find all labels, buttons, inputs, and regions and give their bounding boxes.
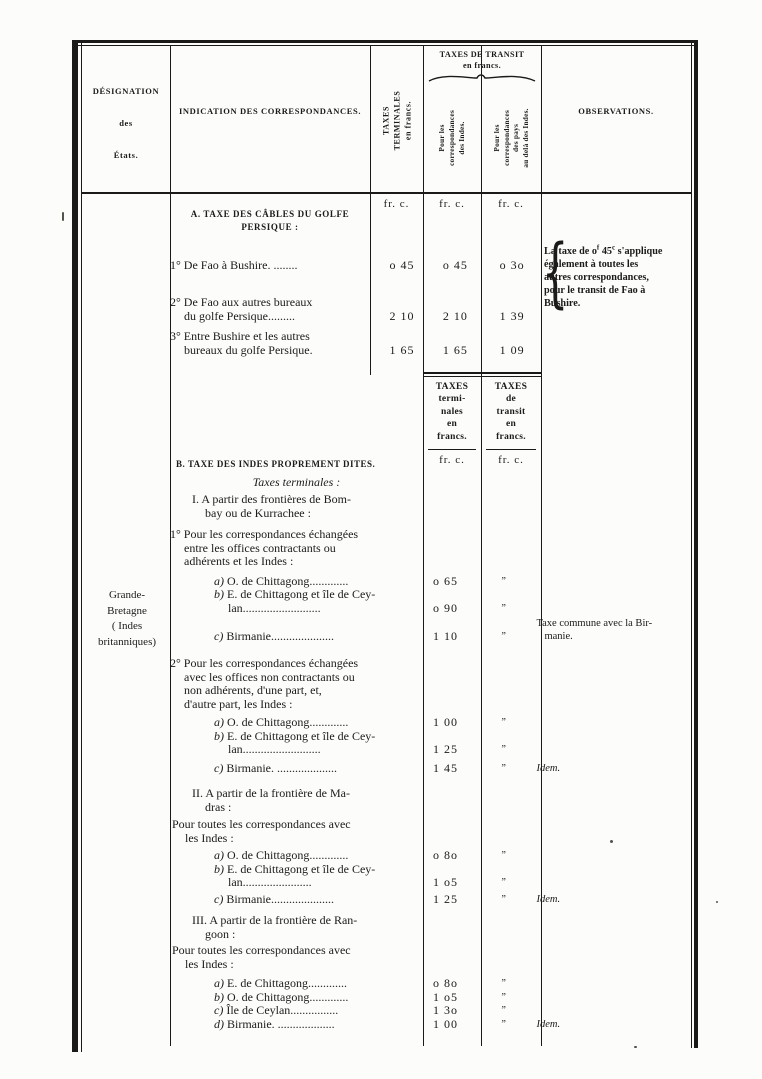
paragraph-I: I. A partir des frontières de Bom- bay o… [192, 493, 458, 520]
table-row-I1b: b) E. de Chittagong et île de Cey- lan..… [170, 588, 691, 615]
rule-subheader-unit2 [486, 449, 536, 450]
table-row-bushire-autres-bureaux: 3° Entre Bushire et les autres bureaux d… [170, 330, 541, 357]
paragraph-pour-toutes-III: Pour toutes les correspondances avec les… [172, 944, 438, 971]
column-header-designation: DÉSIGNATION des États. [82, 75, 170, 171]
border-left-thick [72, 40, 78, 1052]
table-row-fao-bushire: 1° De Fao à Bushire. ........ o 45 o 45 … [170, 259, 541, 273]
scan-speck [716, 901, 718, 903]
tariff-table: DÉSIGNATION des États. INDICATION DES CO… [72, 40, 698, 1054]
column-header-observations: OBSERVATIONS. [541, 106, 691, 116]
subheader-taxes-transit: TAXES de transit en francs. [481, 381, 541, 443]
section-b-title: B. TAXE DES INDES PROPREMENT DITES. [176, 458, 429, 472]
rule-subheader-unit1 [428, 449, 476, 450]
table-row-I2c: c) Birmanie. .................... 1 45 ”… [170, 762, 691, 776]
unit-terminales: fr. c. [370, 198, 423, 210]
table-row-I1c: c) Birmanie..................... 1 10 ” … [170, 618, 691, 643]
border-right-thick [694, 40, 698, 1048]
table-row-I2b: b) E. de Chittagong et île de Cey- lan..… [170, 730, 691, 757]
table-row-II-b: b) E. de Chittagong et île de Cey- lan..… [170, 863, 691, 890]
scan-speck [634, 1046, 637, 1048]
observation-brace: { [542, 234, 569, 310]
rule-subheader-top-b [423, 376, 541, 377]
transit-group-brace [427, 71, 537, 83]
border-top-thick [72, 40, 698, 43]
section-b: B. TAXE DES INDES PROPREMENT DITES. Taxe… [170, 458, 691, 1031]
section-b-title-row: B. TAXE DES INDES PROPREMENT DITES. [170, 458, 691, 472]
column-header-indication: INDICATION DES CORRESPONDANCES. [170, 106, 370, 116]
subheader-taxes-terminales: TAXES termi- nales en francs. [423, 381, 481, 443]
column-header-transit-indes: Pour les correspondances des Indes. [423, 84, 481, 192]
border-top-thin [72, 45, 698, 46]
unit-transit-beyond: fr. c. [481, 198, 541, 210]
section-a-observation: { La taxe de of 45c s'applique également… [544, 242, 696, 310]
paragraph-pour-toutes-II: Pour toutes les correspondances avec les… [172, 818, 438, 845]
paragraph-2: 2° Pour les correspondances échangées av… [170, 657, 437, 711]
column-header-taxes-terminales: TAXES TERMINALES en francs. [370, 48, 423, 192]
paragraph-II: II. A partir de la frontière de Ma- dras… [192, 787, 458, 814]
unit-transit-indes: fr. c. [423, 198, 481, 210]
table-row-II-c: c) Birmanie..................... 1 25 ” … [170, 893, 691, 907]
state-name: Grande- Bretagne ( Indes britanniques) [84, 588, 170, 650]
table-row-III-a: a) E. de Chittagong............. o 8o ” [170, 977, 691, 991]
paragraph-1: 1° Pour les correspondances échangées en… [170, 528, 437, 569]
table-row-III-c: c) Île de Ceylan................ 1 3o ” [170, 1004, 691, 1018]
observation-birmanie: Taxe commune avec la Bir- manie. [532, 618, 691, 643]
section-b-subtitle: Taxes terminales : [170, 476, 423, 490]
table-row-III-d: d) Birmanie. ................... 1 00 ” … [170, 1018, 691, 1032]
paragraph-III: III. A partir de la frontière de Ran- go… [192, 914, 458, 941]
section-a-title: A. TAXE DES CÂBLES DU GOLFE PERSIQUE : [172, 208, 368, 234]
table-row-fao-autres-bureaux: 2° De Fao aux autres bureaux du golfe Pe… [170, 296, 541, 323]
table-row-I1a: a) O. de Chittagong............. o 65 ” [170, 575, 691, 589]
rule-subheader-top-a [423, 372, 541, 374]
border-right-thin [691, 40, 692, 1048]
column-group-taxes-transit: TAXES DE TRANSIT en francs. [423, 49, 541, 71]
scan-speck [62, 212, 64, 221]
scan-speck [610, 840, 613, 843]
table-row-II-a: a) O. de Chittagong............. o 8o ” [170, 849, 691, 863]
scanned-tariff-page: DÉSIGNATION des États. INDICATION DES CO… [0, 0, 762, 1079]
table-row-III-b: b) O. de Chittagong............. 1 o5 ” [170, 991, 691, 1005]
column-header-transit-beyond: Pour les correspondances des pays au del… [481, 84, 541, 192]
table-row-I2a: a) O. de Chittagong............. 1 00 ” [170, 716, 691, 730]
rule-header-bottom [82, 192, 691, 194]
